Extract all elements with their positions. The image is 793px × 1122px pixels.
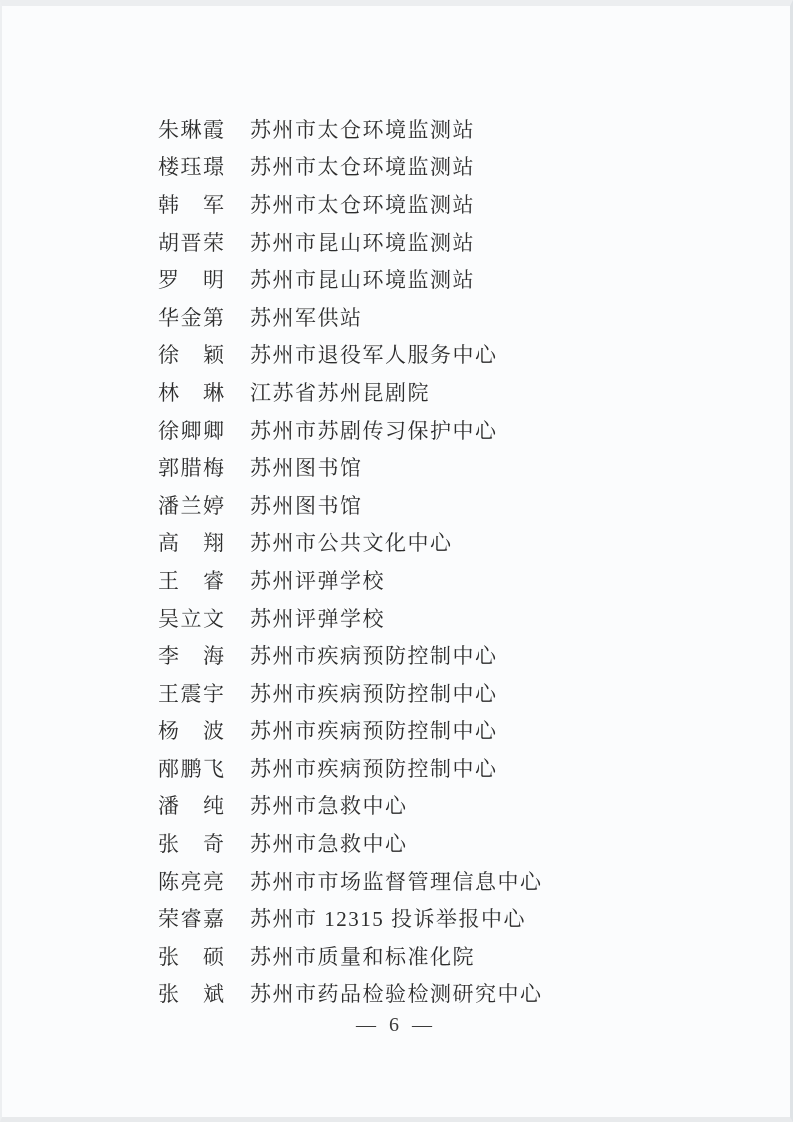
- person-name: 潘 纯: [158, 790, 250, 820]
- roster-row: 楼珏璟 苏州市太仓环境监测站: [158, 148, 543, 186]
- roster-row: 韩 军 苏州市太仓环境监测站: [158, 185, 543, 223]
- organization-name: 苏州市急救中心: [250, 828, 408, 858]
- organization-name: 苏州市急救中心: [250, 790, 408, 820]
- organization-name: 苏州市太仓环境监测站: [250, 114, 475, 144]
- person-name: 楼珏璟: [158, 151, 250, 181]
- person-name: 郭腊梅: [158, 452, 250, 482]
- person-name: 荣睿嘉: [158, 903, 250, 933]
- organization-name: 苏州市疾病预防控制中心: [250, 678, 498, 708]
- person-name: 徐 颖: [158, 339, 250, 369]
- roster-row: 林 琳 江苏省苏州昆剧院: [158, 373, 543, 411]
- page-number: — 6 —: [2, 1014, 790, 1037]
- organization-name: 江苏省苏州昆剧院: [250, 377, 430, 407]
- organization-name: 苏州市太仓环境监测站: [250, 189, 475, 219]
- roster-row: 徐卿卿 苏州市苏剧传习保护中心: [158, 411, 543, 449]
- organization-name: 苏州市昆山环境监测站: [250, 264, 475, 294]
- name-org-roster: 朱琳霞 苏州市太仓环境监测站 楼珏璟 苏州市太仓环境监测站 韩 军 苏州市太仓环…: [158, 110, 543, 1012]
- organization-name: 苏州市质量和标准化院: [250, 941, 475, 971]
- roster-row: 王 睿 苏州评弹学校: [158, 561, 543, 599]
- roster-row: 李 海 苏州市疾病预防控制中心: [158, 636, 543, 674]
- organization-name: 苏州市昆山环境监测站: [250, 227, 475, 257]
- document-page: 朱琳霞 苏州市太仓环境监测站 楼珏璟 苏州市太仓环境监测站 韩 军 苏州市太仓环…: [0, 0, 793, 1122]
- roster-row: 潘 纯 苏州市急救中心: [158, 787, 543, 825]
- roster-row: 胡晋荣 苏州市昆山环境监测站: [158, 223, 543, 261]
- roster-row: 王震宇 苏州市疾病预防控制中心: [158, 674, 543, 712]
- roster-row: 吴立文 苏州评弹学校: [158, 599, 543, 637]
- organization-name: 苏州市药品检验检测研究中心: [250, 978, 543, 1008]
- roster-row: 华金第 苏州军供站: [158, 298, 543, 336]
- roster-row: 张 斌 苏州市药品检验检测研究中心: [158, 975, 543, 1013]
- organization-name: 苏州市太仓环境监测站: [250, 151, 475, 181]
- person-name: 胡晋荣: [158, 227, 250, 257]
- organization-name: 苏州市疾病预防控制中心: [250, 715, 498, 745]
- roster-row: 高 翔 苏州市公共文化中心: [158, 524, 543, 562]
- organization-name: 苏州市公共文化中心: [250, 527, 453, 557]
- roster-row: 张 硕 苏州市质量和标准化院: [158, 937, 543, 975]
- organization-name: 苏州评弹学校: [250, 603, 385, 633]
- roster-row: 徐 颖 苏州市退役军人服务中心: [158, 336, 543, 374]
- roster-row: 荣睿嘉 苏州市 12315 投诉举报中心: [158, 899, 543, 937]
- organization-name: 苏州市疾病预防控制中心: [250, 640, 498, 670]
- roster-row: 陈亮亮 苏州市市场监督管理信息中心: [158, 862, 543, 900]
- organization-name: 苏州图书馆: [250, 452, 363, 482]
- organization-name: 苏州市疾病预防控制中心: [250, 753, 498, 783]
- organization-name: 苏州军供站: [250, 302, 363, 332]
- person-name: 王震宇: [158, 678, 250, 708]
- person-name: 杨 波: [158, 715, 250, 745]
- roster-row: 朱琳霞 苏州市太仓环境监测站: [158, 110, 543, 148]
- person-name: 陈亮亮: [158, 866, 250, 896]
- roster-row: 郭腊梅 苏州图书馆: [158, 448, 543, 486]
- person-name: 张 奇: [158, 828, 250, 858]
- roster-row: 罗 明 苏州市昆山环境监测站: [158, 260, 543, 298]
- person-name: 韩 军: [158, 189, 250, 219]
- person-name: 王 睿: [158, 565, 250, 595]
- person-name: 林 琳: [158, 377, 250, 407]
- organization-name: 苏州市退役军人服务中心: [250, 339, 498, 369]
- person-name: 高 翔: [158, 527, 250, 557]
- organization-name: 苏州市 12315 投诉举报中心: [250, 903, 526, 933]
- roster-row: 邴鹏飞 苏州市疾病预防控制中心: [158, 749, 543, 787]
- organization-name: 苏州市苏剧传习保护中心: [250, 415, 498, 445]
- person-name: 张 硕: [158, 941, 250, 971]
- person-name: 邴鹏飞: [158, 753, 250, 783]
- person-name: 朱琳霞: [158, 114, 250, 144]
- roster-row: 杨 波 苏州市疾病预防控制中心: [158, 712, 543, 750]
- organization-name: 苏州图书馆: [250, 490, 363, 520]
- person-name: 吴立文: [158, 603, 250, 633]
- person-name: 徐卿卿: [158, 415, 250, 445]
- person-name: 华金第: [158, 302, 250, 332]
- organization-name: 苏州市市场监督管理信息中心: [250, 866, 543, 896]
- person-name: 潘兰婷: [158, 490, 250, 520]
- person-name: 李 海: [158, 640, 250, 670]
- roster-row: 潘兰婷 苏州图书馆: [158, 486, 543, 524]
- person-name: 罗 明: [158, 264, 250, 294]
- person-name: 张 斌: [158, 978, 250, 1008]
- organization-name: 苏州评弹学校: [250, 565, 385, 595]
- roster-row: 张 奇 苏州市急救中心: [158, 824, 543, 862]
